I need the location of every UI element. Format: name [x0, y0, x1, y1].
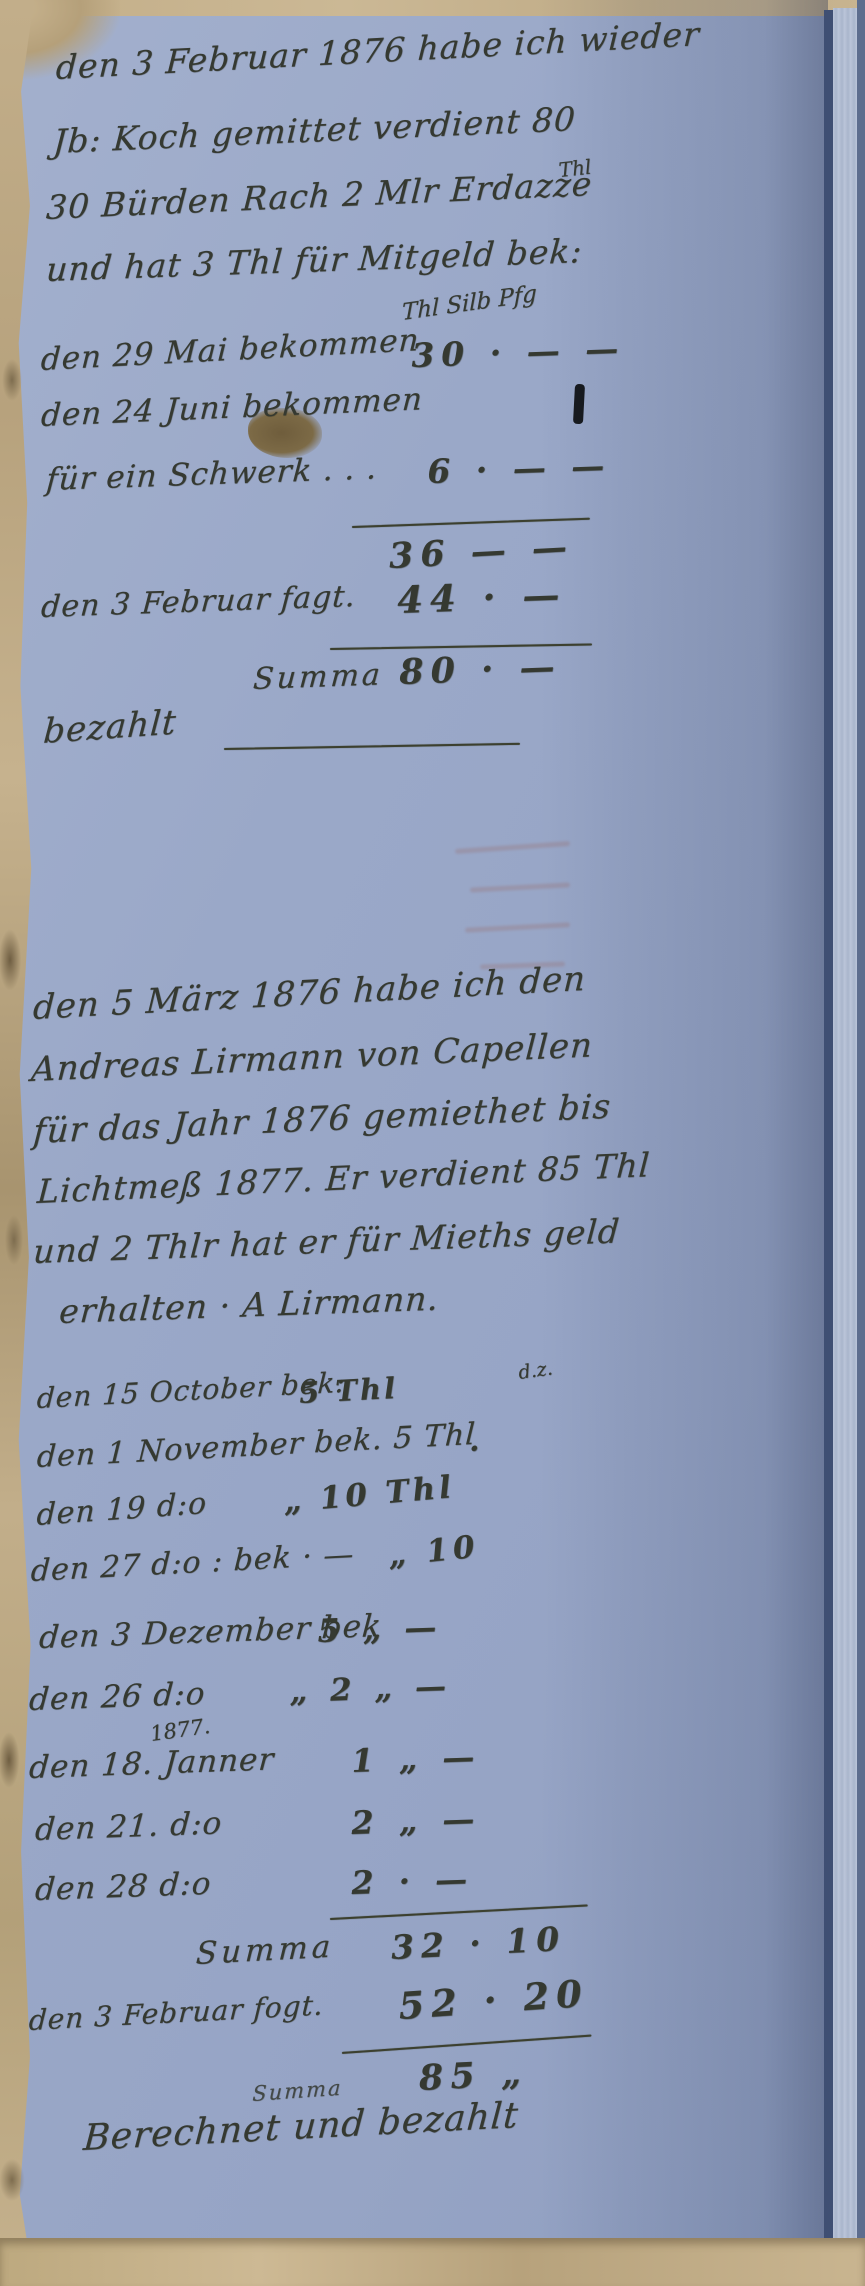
paper-edge-bottom — [0, 2238, 865, 2286]
payment-row-label: den 26 d:o — [28, 1676, 207, 1718]
entry1-row4-label: den 3 Februar fagt. — [40, 579, 357, 625]
entry2-line3: für das Jahr 1876 gemiethet bis — [32, 1087, 612, 1152]
entry2-total-label: Summa — [252, 2076, 343, 2106]
entry1-row4-amount: 44 · — — [396, 572, 567, 622]
payment-row-amount: 5 Thl — [298, 1371, 399, 1410]
payment-row-amount: „ 10 — [386, 1529, 481, 1574]
book-spine-line — [824, 10, 833, 2280]
payment-row-amount: 2 „ — — [351, 1799, 482, 1842]
payment-row-label: den 21. d:o — [34, 1805, 224, 1848]
entry1-paid-note: bezahlt — [42, 702, 178, 752]
entry2-line5: und 2 Thlr hat er für Mieths geld — [32, 1211, 621, 1271]
entry2-fogt-label: den 3 Februar fogt. — [28, 1988, 325, 2037]
payment-row-amount: 5 „ — — [317, 1608, 443, 1650]
entry2-line2: Andreas Lirmann von Capellen — [30, 1025, 594, 1090]
payment-row-label: den 27 d:o : bek · — — [30, 1537, 355, 1589]
paid-rule — [224, 743, 520, 750]
entry1-row2-label: den 24 Juni bekommen — [40, 381, 424, 434]
entry1-row3-label: für ein Schwerk . . . — [45, 450, 379, 498]
entry1-line4: und hat 3 Thl für Mitgeld bek: — [45, 231, 584, 289]
entry2-closing-note: Berechnet und bezahlt — [82, 2095, 520, 2159]
entry1-line3: 30 Bürden Rach 2 Mlr Erdazze — [45, 164, 594, 227]
payment-row-label: den 28 d:o — [34, 1866, 213, 1908]
entry1-row1-label: den 29 Mai bekommen — [40, 322, 420, 378]
stacked-page-edges — [833, 8, 857, 2280]
entry1-line2: Jb: Koch gemittet verdient 80 — [52, 99, 577, 161]
payment-row-amount: 1 „ — — [351, 1737, 482, 1780]
payment-row-label: den 18. Janner — [28, 1741, 276, 1786]
book-cover-edge — [857, 0, 865, 2286]
entry2-total-amount: 85 „ — [418, 2052, 529, 2099]
entry1-row1-amount: 30 · — — — [411, 329, 626, 375]
entry2-line1: den 5 März 1876 habe ich den — [32, 959, 587, 1028]
payment-row-label: den 1 November bek. 5 Thl — [36, 1417, 477, 1475]
entry1-summa-amount: 80 · — — [399, 646, 563, 693]
entry2-summa-label: Summa — [195, 1929, 335, 1972]
dark-edge-mark — [573, 384, 585, 424]
payment-row-amount: „ 10 Thl — [282, 1469, 456, 1520]
payment-row-note: 1877. — [149, 1714, 212, 1746]
payment-row-amount: · — [468, 1431, 487, 1467]
entry1-column-header: Thl Silb Pfg — [402, 281, 537, 326]
payment-row-amount: „ 2 „ — — [289, 1668, 453, 1710]
entry1-row3-amount: 6 · — — — [427, 446, 612, 491]
payment-row-amount: 2 · — — [351, 1860, 475, 1902]
entry2-line6: erhalten · A Lirmann. — [58, 1279, 440, 1331]
entry1-summa-label: Summa — [252, 657, 384, 697]
ledger-page-scan: den 3 Februar 1876 habe ich wieder Jb: K… — [0, 0, 865, 2286]
payment-row-label: den 19 d:o — [36, 1486, 208, 1533]
